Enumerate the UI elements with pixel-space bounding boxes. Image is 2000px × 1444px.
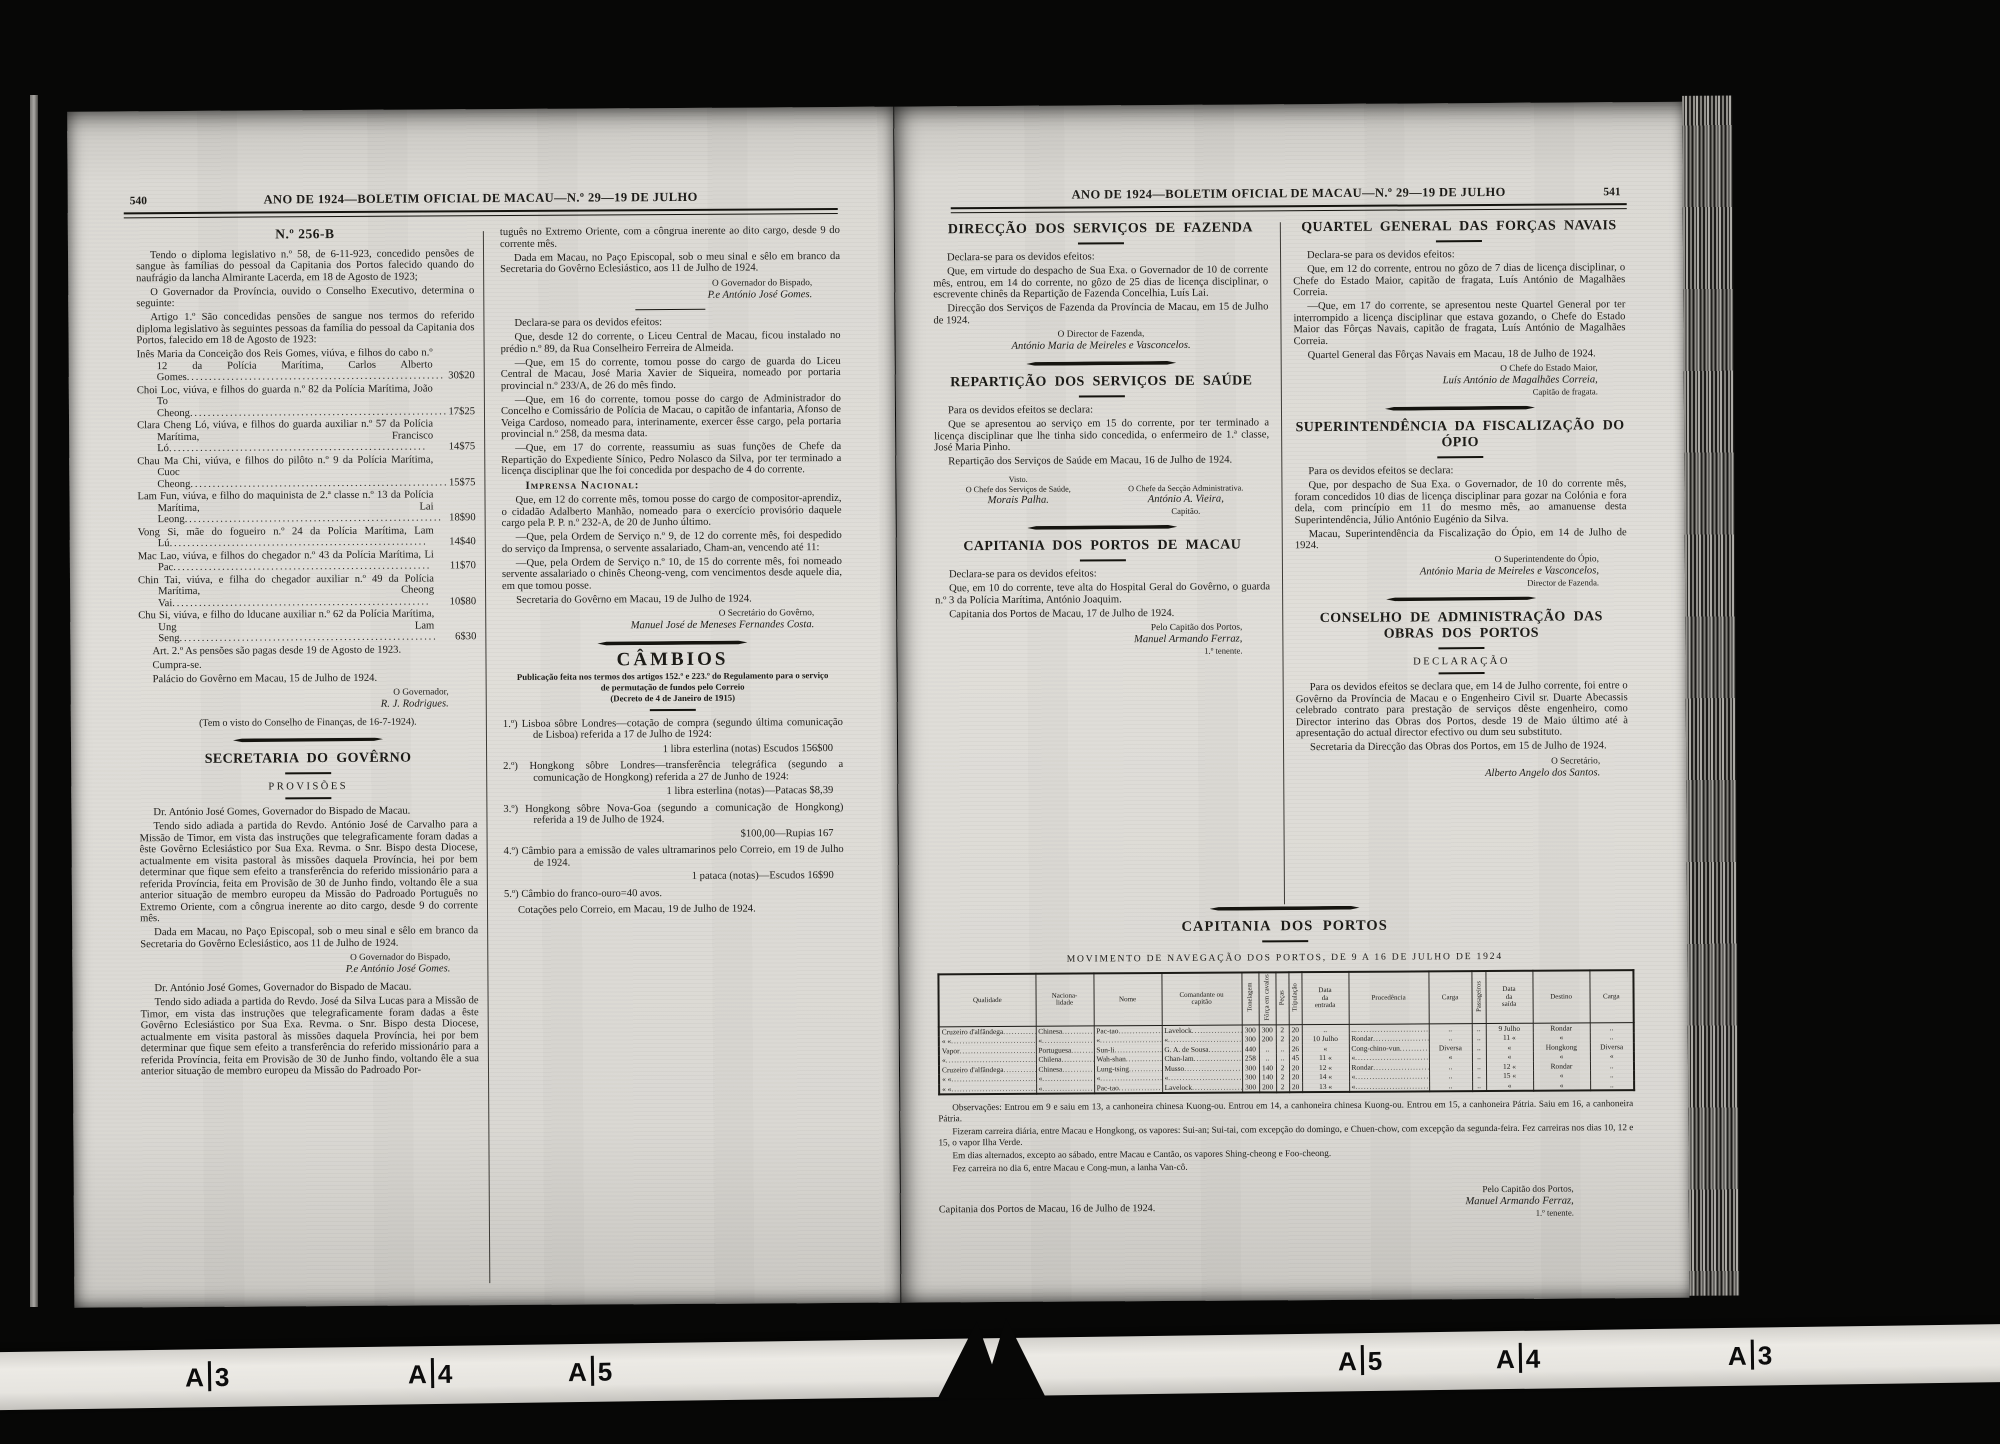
cambios-footer: Cotações pelo Correio, em Macau, 19 de J…	[504, 903, 844, 917]
cell-carga-saida: ..	[1590, 1032, 1634, 1042]
cell-tonelagem: 300	[1242, 1025, 1259, 1035]
paragraph: Declara-se para os devidos efeitos:	[935, 567, 1270, 581]
ruler-letter: A	[568, 1357, 587, 1388]
decree-number: N.º 256-B	[136, 227, 474, 241]
cambio-number: 4.º)	[504, 846, 519, 857]
section-heading-quartel: QUARTEL GENERAL DAS FORÇAS NAVAIS	[1293, 218, 1625, 236]
signature-left: Visto. O Chefe dos Serviços de Saúde, Mo…	[934, 471, 1102, 518]
cell-passageiros: ..	[1472, 1071, 1486, 1081]
cell-forca: ..	[1259, 1044, 1276, 1054]
signature-block: O Governador do Bispado, P.e António Jos…	[500, 277, 840, 302]
paragraph: Que se apresentou ao serviço em 15 do co…	[934, 417, 1269, 454]
pension-amount: 14$75	[449, 441, 476, 453]
cell-carga-saida: Diversa	[1590, 1042, 1634, 1052]
paragraph: Repartição dos Serviços de Saúde em Maca…	[934, 454, 1269, 468]
left-column-2: tuguês no Extremo Oriente, com a côngrua…	[500, 225, 844, 919]
cell-data-entrada: 11 «	[1302, 1053, 1349, 1063]
cell-data-entrada: 12 «	[1302, 1063, 1349, 1073]
paragraph: Declara-se para os devidos efeitos:	[1293, 248, 1625, 262]
page-number: 540	[130, 195, 176, 207]
cell-pecas: ..	[1276, 1044, 1289, 1054]
ruler-number: 4	[438, 1359, 453, 1390]
section-body: Para os devidos efeitos se declara:Que s…	[934, 403, 1269, 468]
page-header-right: ANO DE 1924—BOLETIM OFICIAL DE MACAU—N.º…	[895, 184, 1683, 216]
observation-paragraph: Fizeram carreira diária, entre Macau e H…	[938, 1122, 1633, 1148]
cell-carga-entrada: ..	[1429, 1062, 1472, 1072]
pension-amount: 15$75	[449, 477, 476, 489]
cell-carga-saida: ..	[1590, 1061, 1634, 1071]
cambios-heading: CÂMBIOS	[502, 653, 842, 667]
dateline: Capitania dos Portos de Macau, 16 de Jul…	[939, 1185, 1466, 1215]
header-rule	[951, 203, 1627, 215]
right-column-2: QUARTEL GENERAL DAS FORÇAS NAVAIS Declar…	[1293, 218, 1628, 787]
ruler-tick	[1750, 1340, 1753, 1370]
cell-procedencia: ..	[1349, 1024, 1429, 1034]
cell-procedencia: Rondar	[1349, 1062, 1429, 1072]
ruler-number: 4	[1526, 1344, 1541, 1375]
divider	[1436, 240, 1482, 242]
decree-closing: Art. 2.º As pensões são pagas desde 19 d…	[138, 644, 476, 686]
cambio-rate: 1 libra esterlina (notas) Escudos 156$00	[503, 742, 843, 756]
col-passageiros: Passageiros	[1471, 971, 1485, 1023]
col-destino: Destino	[1532, 970, 1589, 1023]
navigation-table: Qualidade Naciona- lidade Nome Comandant…	[937, 969, 1635, 1095]
cambios-subtitle: Publicação feita nos termos dos artigos …	[513, 670, 833, 694]
divider	[635, 308, 705, 310]
col-carga-entrada: Carga	[1428, 971, 1471, 1023]
cell-passageiros: ..	[1472, 1052, 1486, 1062]
ruler-letter: A	[1496, 1344, 1515, 1375]
divider	[1438, 647, 1484, 649]
cambio-rate: $100,00—Rupias 167	[504, 827, 844, 841]
pension-item: Inês Maria da Conceição dos Reis Gomes, …	[137, 347, 475, 384]
paragraph: Art. 2.º As pensões são pagas desde 19 d…	[138, 644, 476, 658]
running-title: ANO DE 1924—BOLETIM OFICIAL DE MACAU—N.º…	[1003, 184, 1575, 202]
cell-tonelagem: 258	[1242, 1054, 1259, 1064]
pension-list: Inês Maria da Conceição dos Reis Gomes, …	[137, 347, 477, 645]
cell-data-saida: 12 «	[1486, 1061, 1533, 1071]
paragraph: Macau, Superintendência da Fiscalização …	[1295, 527, 1627, 552]
section-heading-secretaria: SECRETARIA DO GOVÊRNO	[139, 750, 477, 768]
dotted-leader	[170, 536, 428, 549]
ruler-letter: A	[185, 1362, 204, 1393]
cambios-decree: (Decreto de 4 de Janeiro de 1915)	[513, 692, 833, 705]
cambio-rate: 1 libra esterlina (notas)—Patacas $8,39	[503, 785, 843, 799]
cambio-number: 2.º)	[503, 761, 518, 772]
dotted-leader	[173, 560, 431, 573]
section-heading-saude: REPARTIÇÃO DOS SERVIÇOS DE SAÚDE	[934, 373, 1269, 391]
cell-carga-entrada: ..	[1429, 1023, 1472, 1033]
decree-body: Tendo o diploma legislativo n.º 58, de 6…	[136, 248, 475, 347]
paragraph: Declara-se para os devidos efeitos:	[500, 316, 840, 330]
pension-amount: 11$70	[450, 560, 476, 572]
signature-block: O Director de Fazenda, António Maria de …	[933, 328, 1268, 353]
ruler-mark: A5	[1338, 1345, 1383, 1378]
cell-tripulacao: 45	[1289, 1053, 1302, 1063]
signature-block: O Secretário do Govêrno, Manuel José de …	[502, 608, 842, 633]
pension-amount: 6$30	[455, 631, 476, 643]
ruler-mark: A5	[568, 1356, 613, 1389]
ruler-number: 5	[1368, 1346, 1383, 1377]
pension-item: Chin Tai, viúva, e filha do chegador aux…	[138, 573, 476, 610]
cambio-description: Câmbio do franco-ouro=40 avos.	[521, 888, 662, 900]
cell-nome: Sun-li	[1094, 1045, 1162, 1055]
cell-pecas: 2	[1276, 1063, 1289, 1073]
paragraph: Dada em Macau, no Paço Episcopal, sob o …	[500, 250, 840, 275]
pension-amount: 18$90	[449, 512, 476, 524]
cell-carga-entrada: Diversa	[1429, 1043, 1472, 1053]
divider	[650, 708, 696, 710]
paragraph: Capitania dos Portos de Macau, 17 de Jul…	[935, 607, 1270, 621]
imprensa-body: Que, em 12 do corrente mês, tomou posse …	[501, 493, 842, 606]
paragraph: —Que, em 15 do corrente, tomou posse do …	[501, 355, 841, 392]
cell-qualidade: Cruzeiro d'alfândega	[939, 1026, 1036, 1037]
col-pecas: Peças	[1275, 972, 1288, 1024]
imprensa-heading: Imprensa Nacional:	[501, 478, 841, 492]
col-nome: Nome	[1093, 973, 1161, 1026]
cell-tripulacao: 26	[1289, 1044, 1302, 1054]
cambio-description: Lisboa sôbre Londres—cotação de compra (…	[522, 716, 843, 740]
signature-right: O Chefe da Secção Administrativa. Antóni…	[1102, 470, 1270, 517]
cambio-item: 3.º) Hongkong sôbre Nova-Goa (segundo a …	[503, 801, 843, 841]
ruler-number: 3	[1757, 1340, 1772, 1371]
paragraph: Palácio do Govêrno em Macau, 15 de Julho…	[139, 672, 477, 686]
paragraph: Que, em 12 do corrente mês, tomou posse …	[501, 493, 841, 530]
cell-carga-saida: ..	[1590, 1022, 1634, 1032]
table-body: Cruzeiro d'alfândega Chinesa Pac-tao Lav…	[939, 1022, 1634, 1094]
cell-forca: 140	[1259, 1063, 1276, 1073]
cell-procedencia: «	[1349, 1072, 1429, 1082]
cell-destino: «	[1533, 1080, 1590, 1091]
signature-block: O Secretário, Alberto Angelo dos Santos.	[1296, 756, 1628, 781]
dotted-leader	[185, 512, 443, 525]
signature-role: Pelo Capitão dos Portos,	[1465, 1185, 1573, 1197]
col-data-entrada: Data da entrada	[1301, 972, 1348, 1025]
paragraph: —Que, pela Ordem de Serviço n.º 9, de 12…	[502, 530, 842, 555]
paragraph: Secretaria da Direcção das Obras dos Por…	[1296, 740, 1628, 754]
divider	[1439, 672, 1485, 674]
section-body: Declara-se para os devidos efeitos:Que, …	[935, 567, 1270, 620]
paragraph: Direcção dos Serviços de Fazenda da Prov…	[933, 301, 1268, 326]
cell-comandante: «	[1162, 1035, 1242, 1045]
cell-tripulacao: 20	[1289, 1024, 1302, 1034]
paragraph: Para os devidos efeitos se declara que, …	[1296, 680, 1628, 740]
col-comandante: Comandante ou capitão	[1161, 973, 1241, 1026]
paragraph: Dr. António José Gomes, Governador do Bi…	[140, 981, 478, 995]
movimento-section: CAPITANIA DOS PORTOS MOVIMENTO DE NAVEGA…	[937, 904, 1634, 1221]
cell-data-saida: «	[1486, 1052, 1533, 1062]
cell-nome: «	[1094, 1073, 1162, 1083]
header-rule	[124, 208, 838, 220]
running-title: ANO DE 1924—BOLETIM OFICIAL DE MACAU—N.º…	[176, 189, 786, 208]
signature-block: O Governador, R. J. Rodrigues.	[139, 687, 477, 712]
dotted-leader	[190, 406, 448, 419]
cell-comandante: «	[1162, 1073, 1242, 1083]
cambios-list: 1.º) Lisboa sôbre Londres—cotação de com…	[503, 716, 844, 900]
cell-nome: Pac-tao	[1094, 1083, 1162, 1094]
cell-tripulacao: 20	[1289, 1034, 1302, 1044]
cell-carga-entrada: «	[1429, 1052, 1472, 1062]
ruler-tick	[1361, 1345, 1364, 1375]
cell-nacionalidade: Chinesa	[1036, 1064, 1094, 1074]
ruler-tick	[1518, 1343, 1521, 1373]
paragraph: O Governador da Província, ouvido o Cons…	[136, 285, 474, 310]
provision-body-2: Dr. António José Gomes, Governador do Bi…	[140, 981, 479, 1078]
cell-destino: «	[1533, 1033, 1590, 1043]
pension-item: Clara Cheng Ló, viúva, e filhos do guard…	[137, 418, 475, 455]
cell-procedencia: «	[1349, 1081, 1429, 1092]
cambio-description: Hongkong sôbre Londres—transferência tel…	[529, 759, 843, 783]
movimento-heading: CAPITANIA DOS PORTOS	[937, 916, 1632, 937]
cell-data-saida: «	[1486, 1080, 1533, 1091]
cell-tonelagem: 300	[1242, 1035, 1259, 1045]
divider	[1078, 395, 1124, 397]
cell-qualidade: « «	[939, 1084, 1036, 1095]
signature-block: O Superintendente do Ópio, António Maria…	[1295, 554, 1627, 589]
cell-comandante: Chan-lam	[1162, 1054, 1242, 1064]
paragraph: Que, por despacho de Sua Exa. o Governad…	[1294, 478, 1626, 526]
cell-procedencia: Rondar	[1349, 1034, 1429, 1044]
cell-data-entrada: 13 «	[1302, 1082, 1349, 1093]
paragraph: Tendo o diploma legislativo n.º 58, de 6…	[136, 248, 474, 285]
col-forca: Fôrça em cavalos	[1258, 972, 1275, 1024]
cambio-description: Câmbio para a emissão de vales ultramari…	[521, 844, 843, 868]
cell-procedencia: Cong-chino-vun	[1349, 1043, 1429, 1053]
paragraph: Declara-se para os devidos efeitos:	[933, 250, 1268, 264]
divider	[285, 797, 331, 799]
dotted-leader	[169, 441, 427, 454]
paragraph: Que, em virtude do despacho de Sua Exa. …	[933, 264, 1268, 301]
page-right-541: ANO DE 1924—BOLETIM OFICIAL DE MACAU—N.º…	[894, 102, 1689, 1303]
ruler-mark: A3	[185, 1361, 230, 1394]
cell-tonelagem: 440	[1242, 1044, 1259, 1054]
cell-tonelagem: 300	[1242, 1082, 1259, 1093]
ruler-number: 3	[215, 1362, 230, 1393]
cambio-number: 5.º)	[504, 888, 519, 899]
pension-amount: 30$20	[448, 370, 475, 382]
ruler-letter: A	[408, 1359, 427, 1390]
section-separator	[1026, 361, 1176, 366]
page-header-left: 540 ANO DE 1924—BOLETIM OFICIAL DE MACAU…	[68, 189, 894, 221]
section-heading-obras: CONSELHO DE ADMINISTRAÇÃO DAS OBRAS DOS …	[1295, 609, 1627, 643]
movimento-title: MOVIMENTO DE NAVEGAÇÃO DOS PORTOS, DE 9 …	[937, 950, 1632, 965]
section-heading-opio: SUPERINTENDÊNCIA DA FISCALIZAÇÃO DO ÓPIO	[1294, 418, 1626, 452]
dotted-leader	[190, 477, 448, 490]
cell-tripulacao: 20	[1289, 1082, 1302, 1093]
cambio-number: 3.º)	[503, 803, 518, 814]
signature-rank: 1.º tenente.	[1465, 1208, 1573, 1219]
paragraph: Artigo 1.º São concedidas pensões de san…	[136, 310, 474, 347]
pension-item: Mac Lao, viúva, e filhos do chegador n.º…	[138, 549, 476, 574]
cell-data-entrada: «	[1302, 1044, 1349, 1054]
section-heading-capitania: CAPITANIA DOS PORTOS DE MACAU	[935, 537, 1270, 555]
paragraph: —Que, em 16 do corrente, tomou posse do …	[501, 392, 841, 440]
cambio-description: Hongkong sôbre Nova-Goa (segundo a comun…	[525, 801, 843, 825]
subheading-declaracao: DECLARAÇÃO	[1295, 655, 1627, 669]
cell-carga-saida: ..	[1590, 1070, 1634, 1080]
cell-destino: «	[1533, 1071, 1590, 1081]
signature-name: António A. Vieira,	[1102, 493, 1270, 506]
paragraph: Que, em 10 do corrente, teve alta do Hos…	[935, 581, 1270, 606]
cell-nome: Pac-tao	[1094, 1025, 1162, 1035]
cell-data-saida: 15 «	[1486, 1071, 1533, 1081]
dotted-leader	[180, 631, 438, 644]
cambio-text: 2.º) Hongkong sôbre Londres—transferênci…	[503, 759, 843, 784]
signature-name: R. J. Rodrigues.	[139, 698, 449, 712]
cell-pecas: ..	[1276, 1053, 1289, 1063]
paragraph: Para os devidos efeitos se declara:	[1294, 464, 1626, 478]
ruler-mark: A4	[408, 1358, 453, 1391]
cell-comandante: Lavelock	[1162, 1082, 1242, 1093]
cell-pecas: 2	[1276, 1082, 1289, 1093]
cambio-text: 4.º) Câmbio para a emissão de vales ultr…	[504, 844, 844, 869]
pension-amount: 17$25	[448, 406, 475, 418]
cell-procedencia: «	[1349, 1053, 1429, 1063]
signature-name: P.e António José Gomes.	[140, 963, 450, 977]
cell-tripulacao: 20	[1289, 1072, 1302, 1082]
section-separator	[1386, 596, 1536, 601]
col-procedencia: Procedência	[1348, 971, 1428, 1024]
signature-rank: Capitão de fragata.	[1294, 386, 1598, 398]
cell-data-saida: 11 «	[1486, 1033, 1533, 1043]
cell-comandante: G. A. de Sousa	[1162, 1044, 1242, 1054]
col-tonelagem: Tonelagem	[1241, 972, 1258, 1024]
cell-data-entrada: ..	[1302, 1024, 1349, 1034]
provision-body: Dr. António José Gomes, Governador do Bi…	[139, 805, 478, 950]
cell-passageiros: ..	[1472, 1081, 1486, 1092]
signature-rank: Director de Fazenda.	[1295, 577, 1599, 589]
divider	[1079, 559, 1125, 561]
subheading-provisoes: PROVISÕES	[139, 780, 477, 794]
paragraph: Dr. António José Gomes, Governador do Bi…	[139, 805, 477, 819]
cell-pecas: 2	[1276, 1034, 1289, 1044]
spacer	[1102, 472, 1270, 485]
section-body: Declara-se para os devidos efeitos:Que, …	[933, 250, 1268, 326]
cambio-item: 4.º) Câmbio para a emissão de vales ultr…	[504, 844, 844, 884]
cell-nacionalidade: Chinesa	[1036, 1026, 1094, 1036]
pension-item: Choi Loc, viúva, e filhos do guarda n.º …	[137, 383, 475, 420]
pension-item: Vong Si, mãe do fogueiro n.º 24 da Políc…	[138, 525, 476, 550]
pension-item: Lam Fun, viúva, e filho do maquinista de…	[137, 489, 475, 526]
section-separator	[1210, 906, 1360, 911]
divider	[285, 772, 331, 774]
cell-nacionalidade: Chilena	[1036, 1055, 1094, 1065]
column-divider	[1280, 222, 1285, 904]
cell-data-saida: «	[1486, 1042, 1533, 1052]
page-number: 541	[1575, 186, 1621, 198]
cell-nacionalidade: «	[1036, 1083, 1094, 1094]
signature-name: Morais Palha.	[934, 494, 1102, 507]
cell-nacionalidade: Portuguesa	[1036, 1045, 1094, 1055]
visto-label: Visto.	[934, 473, 1102, 486]
cell-carga-entrada: ..	[1429, 1081, 1472, 1092]
observation-paragraph: Observações: Entrou em 9 e saiu em 13, a…	[938, 1098, 1633, 1124]
cell-forca: 140	[1259, 1073, 1276, 1083]
cell-passageiros: ..	[1472, 1043, 1486, 1053]
col-data-saida: Data da saída	[1485, 971, 1532, 1024]
signature-name: Manuel Armando Ferraz,	[1465, 1196, 1573, 1209]
col-nacionalidade: Naciona- lidade	[1035, 973, 1093, 1026]
pension-amount: 10$80	[450, 596, 477, 608]
cambio-item: 1.º) Lisboa sôbre Londres—cotação de com…	[503, 716, 843, 756]
signature-rank: 1.º tenente.	[935, 646, 1242, 658]
table-header: Qualidade Naciona- lidade Nome Comandant…	[938, 970, 1633, 1026]
cell-data-saida: 9 Julho	[1486, 1023, 1533, 1033]
section-separator	[233, 737, 383, 742]
paragraph: Que, desde 12 do corrente, o Liceu Centr…	[500, 330, 840, 355]
divider	[1077, 242, 1123, 244]
section-body: Declara-se para os devidos efeitos:Que, …	[1293, 248, 1626, 361]
cell-carga-entrada: ..	[1429, 1071, 1472, 1081]
cell-qualidade: « «	[939, 1036, 1036, 1046]
section-heading-fazenda: DIRECÇÃO DOS SERVIÇOS DE FAZENDA	[933, 220, 1268, 238]
dotted-leader	[172, 596, 430, 609]
signature-block: Pelo Capitão dos Portos, Manuel Armando …	[935, 622, 1270, 657]
cell-data-entrada: 14 «	[1302, 1072, 1349, 1082]
ruler-tick	[431, 1358, 434, 1388]
cell-destino: Rondar	[1533, 1061, 1590, 1071]
movimento-footer: Capitania dos Portos de Macau, 16 de Jul…	[939, 1184, 1634, 1221]
col-qualidade: Qualidade	[938, 974, 1035, 1027]
signature-name: Alberto Angelo dos Santos.	[1296, 767, 1600, 781]
col-carga-saida: Carga	[1589, 970, 1633, 1023]
cambio-rate: 1 pataca (notas)—Escudos 16$90	[504, 870, 844, 884]
cell-passageiros: ..	[1472, 1023, 1486, 1033]
cell-nacionalidade: «	[1036, 1074, 1094, 1084]
signature-name: P.e António José Gomes.	[500, 289, 812, 303]
book-fore-edge	[1682, 96, 1739, 1296]
paragraph: Tendo sido adiada a partida do Revdo. An…	[139, 819, 478, 925]
section-body: Para os devidos efeitos se declara que, …	[1296, 680, 1628, 754]
cell-forca: 200	[1259, 1082, 1276, 1093]
cell-carga-saida: ..	[1590, 1080, 1634, 1091]
cell-pecas: 2	[1276, 1024, 1289, 1034]
cell-qualidade: « «	[939, 1074, 1036, 1084]
paragraph: Secretaria do Govêrno em Macau, 19 de Ju…	[502, 592, 842, 606]
ruler-number: 5	[598, 1357, 613, 1388]
paragraph: —Que, em 17 do corrente, reassumiu as su…	[501, 441, 841, 478]
paragraph: Dada em Macau, no Paço Episcopal, sob o …	[140, 925, 478, 950]
cell-comandante: Musso	[1162, 1063, 1242, 1073]
cambio-text: 5.º) Câmbio do franco-ouro=40 avos.	[504, 886, 844, 900]
cell-tripulacao: 20	[1289, 1063, 1302, 1073]
ruler-tick	[591, 1356, 594, 1386]
section-separator	[1027, 525, 1177, 530]
paragraph: Quartel General das Fôrças Navais em Mac…	[1294, 348, 1626, 362]
dual-signature: Visto. O Chefe dos Serviços de Saúde, Mo…	[934, 470, 1269, 518]
cell-destino: «	[1533, 1052, 1590, 1062]
observations: Observações: Entrou em 9 e saiu em 13, a…	[938, 1098, 1633, 1174]
right-column-1: DIRECÇÃO DOS SERVIÇOS DE FAZENDA Declara…	[933, 220, 1271, 663]
paragraph: Tendo sido adiada a partida do Revdo. Jo…	[141, 995, 479, 1078]
cell-forca: ..	[1259, 1054, 1276, 1064]
paragraph: Cumpra-se.	[138, 658, 476, 672]
divider	[1262, 940, 1308, 942]
ruler-tick	[208, 1361, 211, 1391]
cell-qualidade: «	[939, 1055, 1036, 1065]
cell-tonelagem: 300	[1242, 1063, 1259, 1073]
cell-pecas: 2	[1276, 1072, 1289, 1082]
cell-nome: Wah-shan	[1094, 1054, 1162, 1064]
book-spread: 540 ANO DE 1924—BOLETIM OFICIAL DE MACAU…	[0, 0, 2000, 1444]
ruler-letter: A	[1728, 1341, 1747, 1372]
dotted-leader	[187, 370, 445, 383]
visto-note: (Tem o visto do Conselho de Finanças, de…	[139, 716, 477, 730]
signature-block: O Chefe do Estado Maior, Luís António de…	[1294, 363, 1626, 398]
cell-comandante: Lavelock	[1162, 1025, 1242, 1035]
cell-passageiros: ..	[1472, 1033, 1486, 1043]
cell-passageiros: ..	[1472, 1062, 1486, 1072]
